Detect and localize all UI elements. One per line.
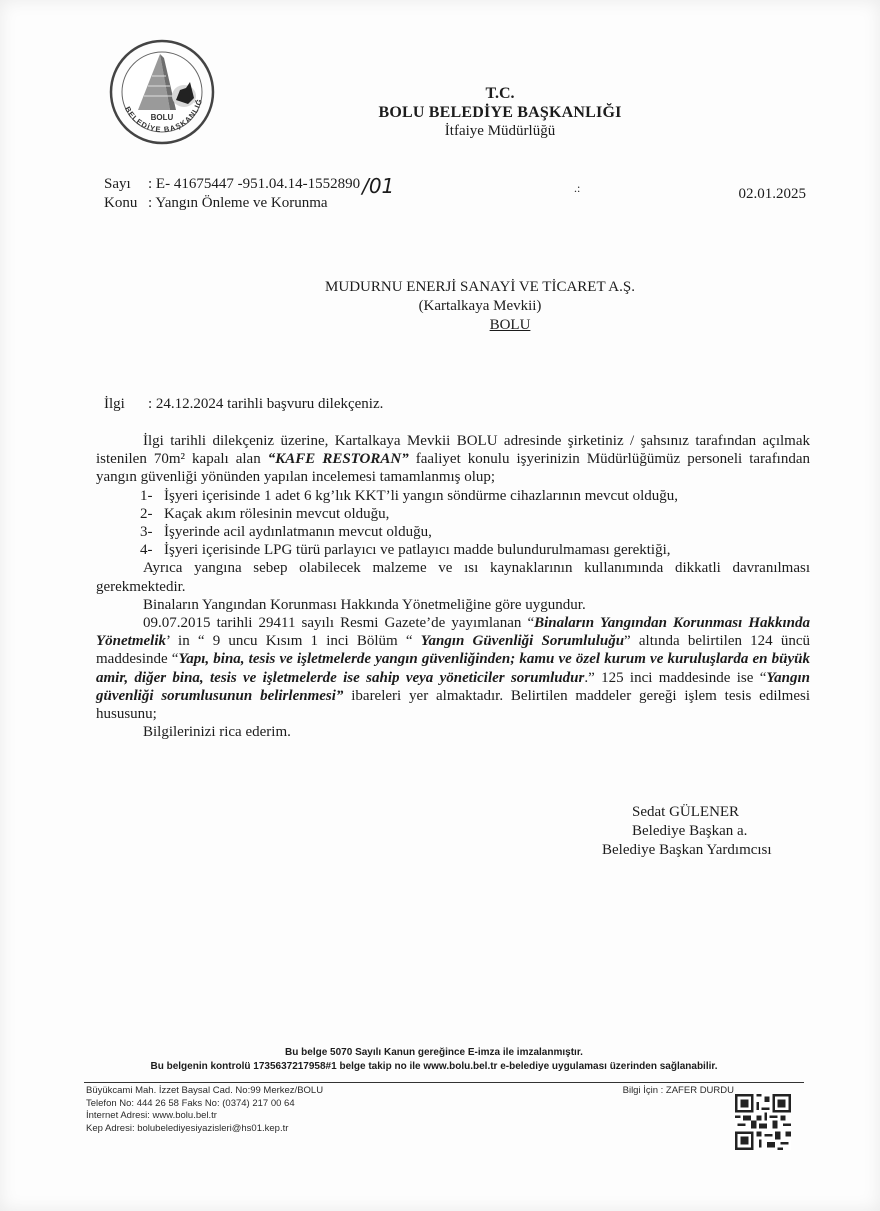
signatory-position: Belediye Başkan Yardımcısı — [602, 841, 772, 860]
verification-text: Bu belgenin kontrolü 1735637217958#1 bel… — [84, 1060, 784, 1074]
closing-line: Bilgilerinizi rica ederim. — [96, 723, 810, 741]
letterhead: T.C. BOLU BELEDİYE BAŞKANLIĞI İtfaiye Mü… — [300, 84, 700, 141]
sayi-value: : E- 41675447 -951.04.14-1552890 — [148, 175, 360, 194]
reg-text: ’ in “ 9 uncu Kısım 1 inci Bölüm “ — [166, 633, 421, 649]
handwritten-annotation: /01 — [362, 177, 394, 196]
contact-person: Bilgi İçin : ZAFER DURDU — [623, 1085, 734, 1096]
ilgi-value: : 24.12.2024 tarihli başvuru dilekçeniz. — [148, 396, 383, 412]
intro-paragraph: İlgi tarihli dilekçeniz üzerine, Kartalk… — [96, 432, 810, 487]
reference-line: İlgi: 24.12.2024 tarihli başvuru dilekçe… — [104, 396, 383, 413]
konu-row: Konu : Yangın Önleme ve Korunma — [104, 194, 394, 213]
reg-text: 09.07.2015 tarihli 29411 sayılı Resmi Ga… — [143, 615, 534, 631]
reg-section: Yangın Güvenliği Sorumluluğu — [421, 633, 624, 649]
konu-value: : Yangın Önleme ve Korunma — [148, 194, 328, 213]
item-text: İşyeri içerisinde 1 adet 6 kg’lık KKT’li… — [164, 487, 678, 505]
item-text: Kaçak akım rölesinin mevcut olduğu, — [164, 505, 389, 523]
recipient-location: (Kartalkaya Mevkii) — [240, 297, 720, 316]
sayi-row: Sayı : E- 41675447 -951.04.14-1552890 /0… — [104, 175, 394, 194]
website: İnternet Adresi: www.bolu.bel.tr — [86, 1110, 323, 1123]
esignature-notice: Bu belge 5070 Sayılı Kanun gereğince E-i… — [84, 1046, 784, 1074]
business-type: “KAFE RESTORAN” — [268, 451, 409, 467]
compliance-paragraph: Binaların Yangından Korunması Hakkında Y… — [96, 596, 810, 614]
qr-code-icon — [735, 1094, 791, 1150]
recipient-block: MUDURNU ENERJİ SANAYİ VE TİCARET A.Ş. (K… — [240, 278, 720, 335]
svg-text:BOLU: BOLU — [151, 113, 174, 122]
document-page: BOLU BELEDİYE BAŞKANLIĞI T.C. BOLU BELED… — [0, 0, 880, 1211]
item-number: 3- — [140, 523, 164, 541]
address: Büyükcami Mah. İzzet Baysal Cad. No:99 M… — [86, 1085, 323, 1098]
recipient-name: MUDURNU ENERJİ SANAYİ VE TİCARET A.Ş. — [240, 278, 720, 297]
document-meta: Sayı : E- 41675447 -951.04.14-1552890 /0… — [104, 175, 394, 213]
ilgi-label: İlgi — [104, 396, 148, 413]
esign-text: Bu belge 5070 Sayılı Kanun gereğince E-i… — [84, 1046, 784, 1060]
organization-name: BOLU BELEDİYE BAŞKANLIĞI — [300, 103, 700, 122]
regulation-paragraph: 09.07.2015 tarihli 29411 sayılı Resmi Ga… — [96, 614, 810, 723]
list-item: 4-İşyeri içerisinde LPG türü parlayıcı v… — [96, 541, 810, 559]
item-number: 1- — [140, 487, 164, 505]
phone: Telefon No: 444 26 58 Faks No: (0374) 21… — [86, 1098, 323, 1111]
reg-text: .” 125 inci maddesinde ise “ — [584, 670, 766, 686]
document-date: 02.01.2025 — [739, 186, 807, 203]
letter-body: İlgi tarihli dilekçeniz üzerine, Kartalk… — [96, 432, 810, 741]
item-text: İşyeri içerisinde LPG türü parlayıcı ve … — [164, 541, 671, 559]
sayi-label: Sayı — [104, 175, 148, 194]
findings-list: 1-İşyeri içerisinde 1 adet 6 kg’lık KKT’… — [96, 487, 810, 560]
footer-divider — [84, 1082, 804, 1083]
item-text: İşyerinde acil aydınlatmanın mevcut oldu… — [164, 523, 432, 541]
caution-paragraph: Ayrıca yangına sebep olabilecek malzeme … — [96, 559, 810, 595]
state-abbreviation: T.C. — [300, 84, 700, 103]
item-number: 4- — [140, 541, 164, 559]
list-item: 1-İşyeri içerisinde 1 adet 6 kg’lık KKT’… — [96, 487, 810, 505]
item-number: 2- — [140, 505, 164, 523]
footer-contact-info: Büyükcami Mah. İzzet Baysal Cad. No:99 M… — [86, 1085, 323, 1135]
recipient-city: BOLU — [490, 317, 531, 333]
department-name: İtfaiye Müdürlüğü — [300, 122, 700, 141]
list-item: 3-İşyerinde acil aydınlatmanın mevcut ol… — [96, 523, 810, 541]
kep-address: Kep Adresi: bolubelediyesiyazisleri@hs01… — [86, 1123, 323, 1136]
stray-mark: .: — [574, 181, 580, 196]
konu-label: Konu — [104, 194, 148, 213]
signatory-title: Belediye Başkan a. — [602, 822, 772, 841]
signatory-name: Sedat GÜLENER — [602, 803, 772, 822]
signature-block: Sedat GÜLENER Belediye Başkan a. Belediy… — [602, 803, 772, 860]
list-item: 2-Kaçak akım rölesinin mevcut olduğu, — [96, 505, 810, 523]
municipality-seal-icon: BOLU BELEDİYE BAŞKANLIĞI — [108, 38, 216, 146]
